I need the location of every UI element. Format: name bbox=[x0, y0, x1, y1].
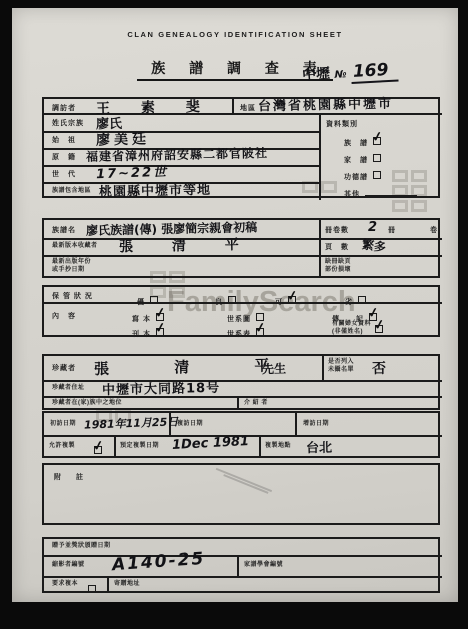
listed-label: 是否列入未攝名單 bbox=[328, 359, 354, 374]
content-women-data: 有關婦女資料(非僅姓名) bbox=[332, 320, 383, 338]
office-handwriting: 中壢 bbox=[301, 63, 330, 85]
good-checkbox bbox=[228, 296, 236, 304]
office-use-block: 贈予並獎狀頒贈日期 縮影者編號 A140-25 家譜學會編號 要求複本 寄贈地址 bbox=[42, 537, 440, 593]
owner-label: 珍藏者 bbox=[52, 363, 76, 373]
copy-place-label: 複製地點 bbox=[265, 443, 291, 451]
notes-label: 附 註 bbox=[54, 472, 87, 482]
mailing-address-label: 寄贈地址 bbox=[114, 581, 140, 589]
coverage-label: 族譜包含地區 bbox=[52, 188, 91, 196]
notes-block: 附 註 bbox=[42, 463, 440, 525]
condition-label: 保 管 狀 況 bbox=[52, 291, 93, 301]
zupu-checkbox bbox=[373, 137, 381, 145]
additional-visit-label: 增訪日期 bbox=[303, 421, 329, 429]
revisit-label: 複訪日期 bbox=[177, 421, 203, 429]
condition-poor: 劣 bbox=[345, 291, 366, 309]
pedigree-table-checkbox bbox=[256, 328, 264, 336]
origin-label: 原 籍 bbox=[52, 152, 76, 162]
condition-good: 良 bbox=[215, 291, 236, 309]
volume-unit1: 冊 bbox=[388, 225, 396, 235]
no-symbol: № bbox=[334, 69, 347, 81]
fair-checkbox bbox=[288, 296, 296, 304]
sheet-number: 169 bbox=[350, 59, 399, 83]
material-option-other: 其他 bbox=[344, 183, 417, 201]
condition-fair: 可 bbox=[275, 291, 296, 309]
first-visit-label: 初訪日期 bbox=[50, 421, 76, 429]
volume-unit2: 卷 bbox=[430, 225, 438, 235]
interviewer-label: 調訪者 bbox=[52, 103, 76, 113]
missing-pages-label: 缺冊缺頁部份損壞 bbox=[325, 259, 351, 274]
gongdepu-checkbox bbox=[373, 171, 381, 179]
owner-block: 珍藏者 張 清 平 先生 是否列入未攝名單 否 珍藏者住址 中壢市大同路18号 … bbox=[42, 354, 440, 410]
material-option-jiapu: 家 譜 bbox=[344, 149, 381, 167]
copy-request-checkbox bbox=[88, 585, 96, 593]
content-printed: 刊 本 bbox=[132, 323, 164, 341]
genealogy-title-label: 族譜名 bbox=[52, 225, 76, 235]
award-date-label: 贈予並獎狀頒贈日期 bbox=[52, 543, 111, 551]
material-type-label: 資料類別 bbox=[326, 119, 358, 129]
sheet-number-area: 中壢 № 169 bbox=[302, 59, 399, 84]
generations-label: 世 代 bbox=[52, 169, 76, 179]
owner-address-label: 珍藏者住址 bbox=[52, 385, 85, 393]
pages-value: 繁多 bbox=[361, 235, 387, 255]
copy-permission-label: 允許複製 bbox=[49, 443, 75, 451]
jiapu-checkbox bbox=[373, 154, 381, 162]
microfilmer-number-value: A140-25 bbox=[111, 549, 206, 575]
paper-sheet: FamilySearch CLAN GENEALOGY IDENTIFICATI… bbox=[12, 8, 458, 602]
latest-edition-holder-label: 最新版本收藏者 bbox=[52, 243, 98, 251]
material-option-zupu: 族 譜 bbox=[344, 132, 381, 150]
excellent-checkbox bbox=[150, 296, 158, 304]
identification-block: 調訪者 王 素 斐 地區 台灣省桃園縣中壢市 姓氏宗族 廖氏 始 祖 廖美廷 原… bbox=[42, 97, 440, 198]
latest-edition-holder-value: 張 清 平 bbox=[119, 234, 256, 257]
copy-permission-checkbox bbox=[94, 446, 102, 454]
printed-checkbox bbox=[156, 328, 164, 336]
poor-checkbox bbox=[358, 296, 366, 304]
document-title-en: CLAN GENEALOGY IDENTIFICATION SHEET bbox=[12, 30, 458, 39]
first-visit-value: 1981年11月25日 bbox=[84, 413, 179, 432]
copy-request-label: 要求複本 bbox=[52, 581, 78, 589]
clan-label: 姓氏宗族 bbox=[52, 118, 84, 128]
latest-publication-label: 最新出版年份或手抄日期 bbox=[52, 259, 91, 274]
condition-content-block: 保 管 狀 況 優 良 可 劣 內 容 寫 本 刊 本 世系圖 世系表 傳 記 … bbox=[42, 285, 440, 337]
society-number-label: 家譜學會編號 bbox=[244, 562, 283, 570]
genealogy-title-block: 族譜名 廖氏族譜(傳) 張廖簡宗親會初稿 冊卷數 2 冊 卷 最新版本收藏者 張… bbox=[42, 218, 440, 278]
region-label: 地區 bbox=[240, 103, 256, 113]
pencil-mark bbox=[216, 468, 272, 492]
owner-suffix: 先生 bbox=[262, 360, 286, 377]
copy-place-value: 台北 bbox=[306, 437, 332, 457]
listed-value: 否 bbox=[372, 358, 386, 378]
planned-copy-date-label: 預定複製日期 bbox=[120, 443, 159, 451]
scanned-document: FamilySearch CLAN GENEALOGY IDENTIFICATI… bbox=[0, 0, 468, 629]
microfilmer-number-label: 縮影者編號 bbox=[52, 562, 85, 570]
material-option-gongdepu: 功德譜 bbox=[344, 166, 381, 184]
region-value: 台灣省桃園縣中壢市 bbox=[258, 93, 393, 115]
coverage-value: 桃園縣中壢市等地 bbox=[99, 179, 211, 200]
women-data-checkbox bbox=[375, 325, 383, 333]
content-pedigree-table: 世系表 bbox=[227, 323, 264, 341]
introducer-label: 介 紹 者 bbox=[244, 400, 268, 408]
owner-position-label: 珍藏者在(家)族中之地位 bbox=[52, 400, 122, 408]
content-label: 內 容 bbox=[52, 311, 76, 321]
visit-dates-block: 初訪日期 1981年11月25日 複訪日期 增訪日期 允許複製 預定複製日期 1… bbox=[42, 411, 440, 458]
planned-copy-date-value: 1Dec 1981 bbox=[172, 434, 250, 453]
pages-label: 頁 數 bbox=[325, 242, 349, 252]
volumes-value: 2 bbox=[368, 220, 377, 235]
first-ancestor-label: 始 祖 bbox=[52, 135, 76, 145]
volumes-label: 冊卷數 bbox=[325, 225, 349, 235]
owner-address-value: 中壢市大同路18号 bbox=[102, 377, 220, 398]
pencil-mark bbox=[223, 474, 268, 493]
